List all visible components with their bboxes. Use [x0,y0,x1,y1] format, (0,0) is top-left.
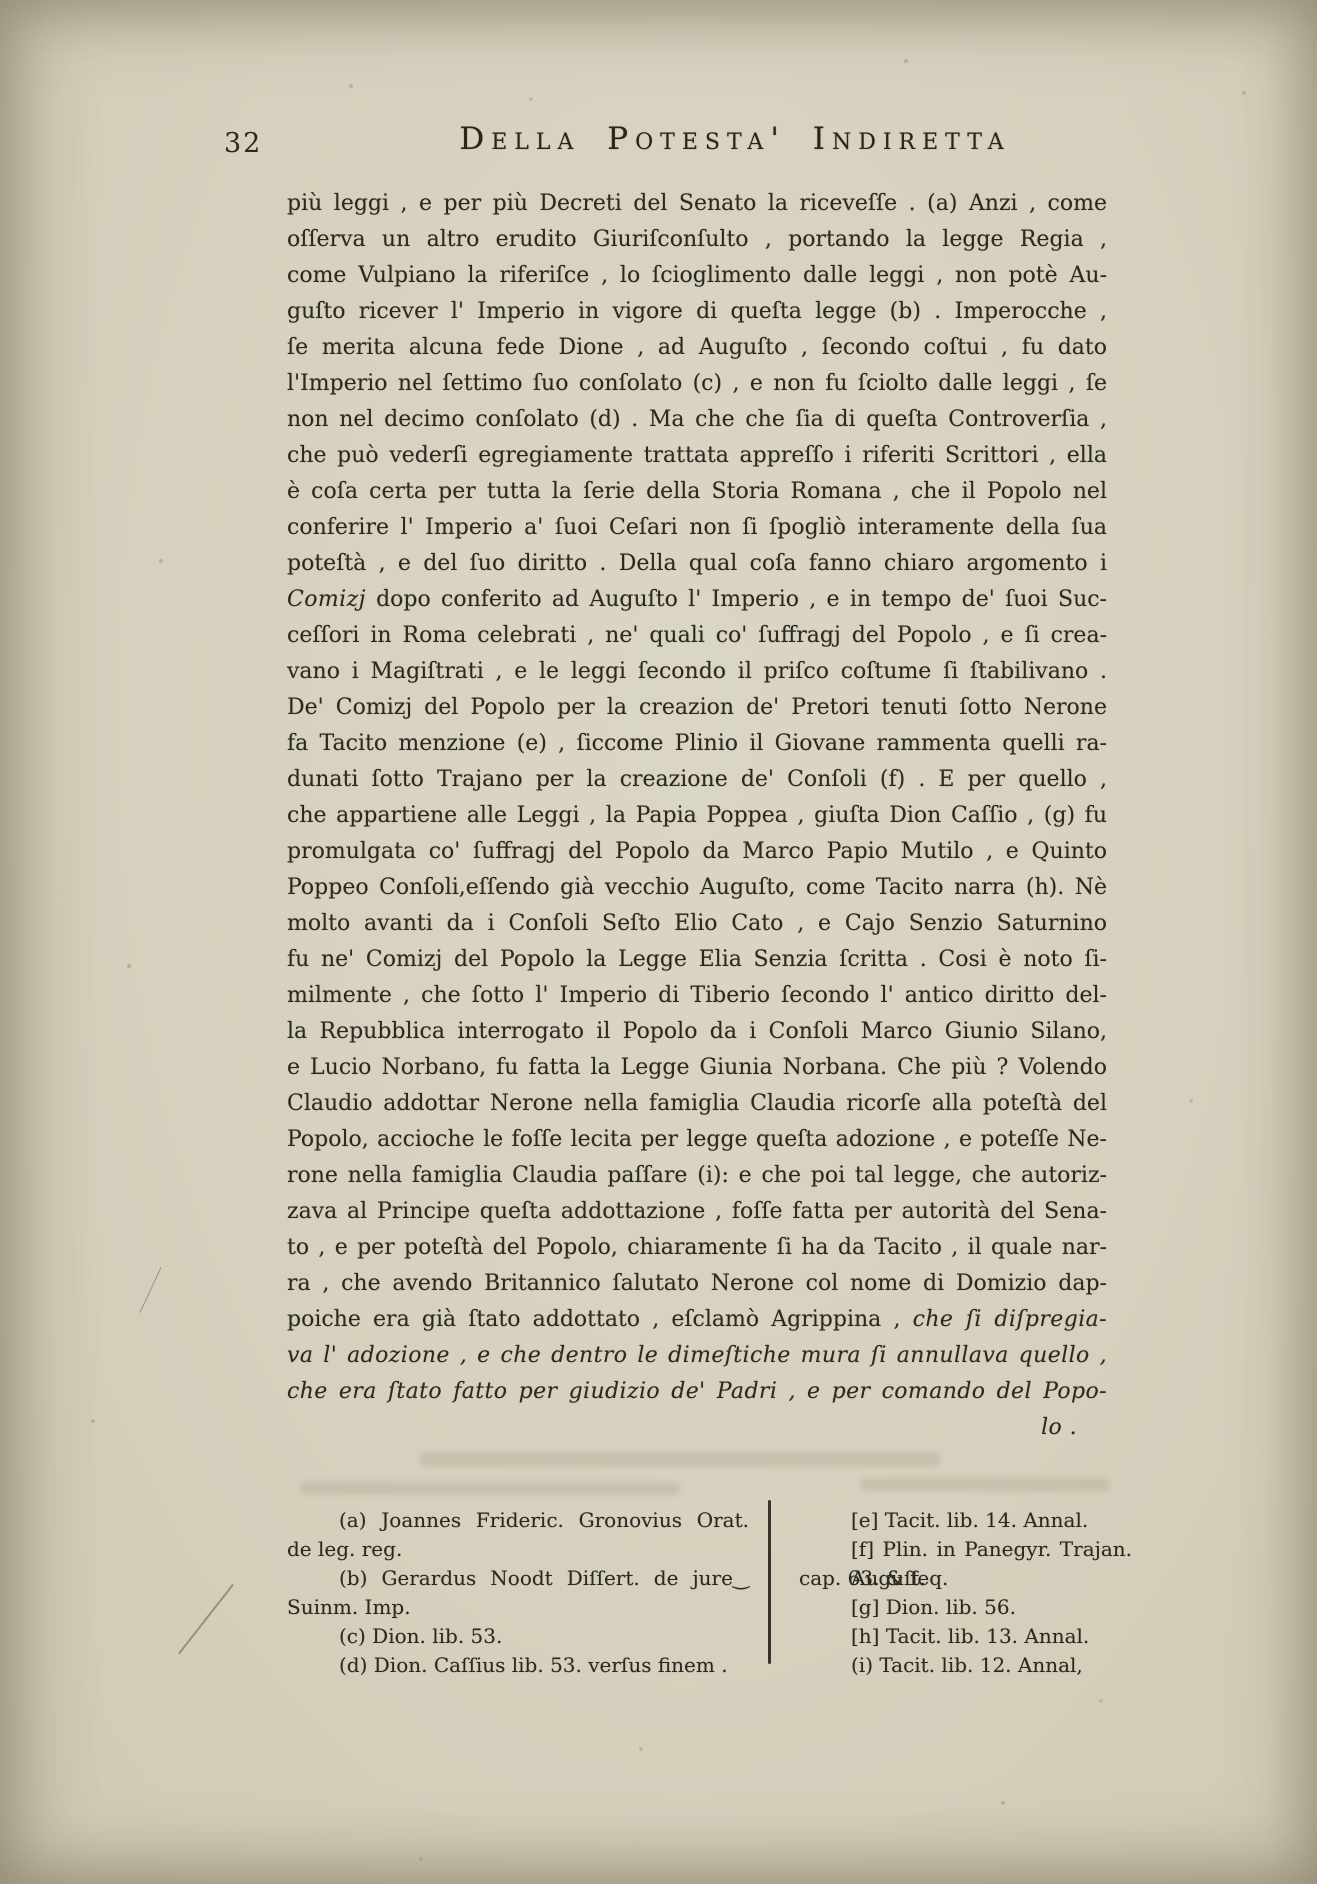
text-segment: conferire l' Imperio a' ſuoi Ceſari non … [287,515,1107,540]
text-segment: poteſtà , e del ſuo diritto . Della qual… [287,551,1107,576]
italic-text-segment: lo . [1041,1415,1077,1440]
text-segment: rone nella famiglia Claudia paſſare (i):… [287,1163,1107,1188]
text-segment: guſto ricever l' Imperio in vigore di qu… [287,299,1107,324]
text-line: ra , che avendo Britannico ſalutato Nero… [287,1266,1107,1302]
text-line: conferire l' Imperio a' ſuoi Ceſari non … [287,510,1107,546]
footnote-column-right: [e] Tacit. lib. 14. Annal.[f] Plin. in P… [799,1506,1132,1680]
text-segment: che può vederſi egregiamente trattata ap… [287,443,1107,468]
text-segment: l'Imperio nel ſettimo ſuo conſolato (c) … [287,371,1107,396]
text-segment: dunati ſotto Trajano per la creazione de… [287,767,1107,792]
text-segment: che appartiene alle Leggi , la Papia Pop… [287,803,1107,828]
footnote-line: cap. 63. & ſeq. [799,1564,1132,1593]
text-line: De' Comizj del Popolo per la creazion de… [287,690,1107,726]
text-segment: fa Tacito menzione (e) , ſiccome Plinio … [287,731,1107,756]
text-segment: e Lucio Norbano, fu fatta la Legge Giuni… [287,1055,1107,1080]
text-line: Poppeo Conſoli,eſſendo già vecchio Auguſ… [287,870,1107,906]
italic-text-segment: Comizj [287,587,366,612]
footnote-line: Suinm. Imp. [287,1593,749,1622]
text-line: fa Tacito menzione (e) , ſiccome Plinio … [287,726,1107,762]
text-segment: to , e per poteſtà del Popolo, chiaramen… [287,1235,1107,1260]
text-line: Comizj dopo conferito ad Auguſto l' Impe… [287,582,1107,618]
text-segment: milmente , che ſotto l' Imperio di Tiber… [287,983,1107,1008]
footnote-line: [f] Plin. in Panegyr. Trajan. Auguſt. [799,1535,1132,1564]
book-page: 32 Della Potesta' Indiretta più leggi , … [0,0,1317,1884]
text-line: Popolo, accioche le foſſe lecita per leg… [287,1122,1107,1158]
text-segment: è coſa certa per tutta la ſerie della St… [287,479,1107,504]
scratch-mark [139,1267,161,1313]
footnote-line: [e] Tacit. lib. 14. Annal. [799,1506,1132,1535]
bleed-through-smudge [860,1478,1110,1491]
text-line: più leggi , e per più Decreti del Senato… [287,186,1107,222]
text-segment: ra , che avendo Britannico ſalutato Nero… [287,1271,1107,1296]
running-title: Della Potesta' Indiretta [290,121,1110,157]
text-line: fu ne' Comizj del Popolo la Legge Elia S… [287,942,1107,978]
text-line: non nel decimo conſolato (d) . Ma che ch… [287,402,1107,438]
text-line: ſe merita alcuna fede Dione , ad Auguſto… [287,330,1107,366]
text-line: e Lucio Norbano, fu fatta la Legge Giuni… [287,1050,1107,1086]
text-line: milmente , che ſotto l' Imperio di Tiber… [287,978,1107,1014]
text-segment: molto avanti da i Conſoli Seſto Elio Cat… [287,911,1107,936]
text-line: ceſſori in Roma celebrati , ne' quali co… [287,618,1107,654]
text-line: molto avanti da i Conſoli Seſto Elio Cat… [287,906,1107,942]
text-segment: ſe merita alcuna fede Dione , ad Auguſto… [287,335,1107,360]
text-line: Claudio addottar Nerone nella famiglia C… [287,1086,1107,1122]
text-line: la Repubblica interrogato il Popolo da i… [287,1014,1107,1050]
footnote-line: [g] Dion. lib. 56. [799,1593,1132,1622]
footnote-line: (b) Gerardus Noodt Diſſert. de jure‿ [287,1564,749,1593]
footnote-line: (i) Tacit. lib. 12. Annal, [799,1651,1132,1680]
text-segment: poiche era già ſtato addottato , eſclamò… [287,1307,913,1332]
italic-text-segment: che era ſtato fatto per giudizio de' Pad… [287,1379,1107,1404]
footnote-line: de leg. reg. [287,1535,749,1564]
text-line: va l' adozione , e che dentro le dimeſti… [287,1338,1107,1374]
text-block: più leggi , e per più Decreti del Senato… [287,186,1107,1446]
text-segment: Poppeo Conſoli,eſſendo già vecchio Auguſ… [287,875,1107,900]
text-line: zava al Principe queſta addottazione , f… [287,1194,1107,1230]
text-segment: zava al Principe queſta addottazione , f… [287,1199,1107,1224]
scratch-mark [178,1584,233,1654]
text-line: oſſerva un altro erudito Giuriſconſulto … [287,222,1107,258]
text-segment: ceſſori in Roma celebrati , ne' quali co… [287,623,1107,648]
footnote-column-left: (a) Joannes Frideric. Gronovius Orat.de … [287,1506,749,1680]
text-line: to , e per poteſtà del Popolo, chiaramen… [287,1230,1107,1266]
text-segment: la Repubblica interrogato il Popolo da i… [287,1019,1107,1044]
text-segment: vano i Magiſtrati , e le leggi ſecondo i… [287,659,1107,684]
italic-text-segment: va l' adozione , e che dentro le dimeſti… [287,1343,1107,1368]
footnote-line: (c) Dion. lib. 53. [287,1622,749,1651]
text-segment: dopo conferito ad Auguſto l' Imperio , e… [366,587,1107,612]
text-segment: oſſerva un altro erudito Giuriſconſulto … [287,227,1107,252]
text-line: che era ſtato fatto per giudizio de' Pad… [287,1374,1107,1410]
text-segment: non nel decimo conſolato (d) . Ma che ch… [287,407,1107,432]
text-line: è coſa certa per tutta la ſerie della St… [287,474,1107,510]
text-segment: De' Comizj del Popolo per la creazion de… [287,695,1107,720]
text-line: l'Imperio nel ſettimo ſuo conſolato (c) … [287,366,1107,402]
page-number: 32 [224,128,262,159]
text-segment: Claudio addottar Nerone nella famiglia C… [287,1091,1107,1116]
text-line: guſto ricever l' Imperio in vigore di qu… [287,294,1107,330]
text-segment: come Vulpiano la riferiſce , lo ſcioglim… [287,263,1107,288]
text-line: rone nella famiglia Claudia paſſare (i):… [287,1158,1107,1194]
text-line: lo . [287,1410,1107,1446]
text-line: dunati ſotto Trajano per la creazione de… [287,762,1107,798]
text-line: poiche era già ſtato addottato , eſclamò… [287,1302,1107,1338]
text-segment: promulgata co' ſuffragj del Popolo da Ma… [287,839,1107,864]
text-line: promulgata co' ſuffragj del Popolo da Ma… [287,834,1107,870]
text-segment: Popolo, accioche le foſſe lecita per leg… [287,1127,1107,1152]
text-segment: fu ne' Comizj del Popolo la Legge Elia S… [287,947,1107,972]
footnote-divider [768,1500,771,1664]
text-line: poteſtà , e del ſuo diritto . Della qual… [287,546,1107,582]
footnote-line: (d) Dion. Caſſius lib. 53. verſus finem … [287,1651,749,1680]
text-line: che può vederſi egregiamente trattata ap… [287,438,1107,474]
text-line: come Vulpiano la riferiſce , lo ſcioglim… [287,258,1107,294]
footnote-line: (a) Joannes Frideric. Gronovius Orat. [287,1506,749,1535]
text-line: che appartiene alle Leggi , la Papia Pop… [287,798,1107,834]
scanned-book-page: { "page": { "number": "32", "running_tit… [0,0,1317,1884]
italic-text-segment: che ſi diſpregia- [913,1307,1107,1332]
bleed-through-smudge [300,1482,680,1495]
footnote-line: [h] Tacit. lib. 13. Annal. [799,1622,1132,1651]
bleed-through-smudge [420,1452,940,1467]
text-line: vano i Magiſtrati , e le leggi ſecondo i… [287,654,1107,690]
text-segment: più leggi , e per più Decreti del Senato… [287,191,1107,216]
paper-speckles [0,0,2,2]
